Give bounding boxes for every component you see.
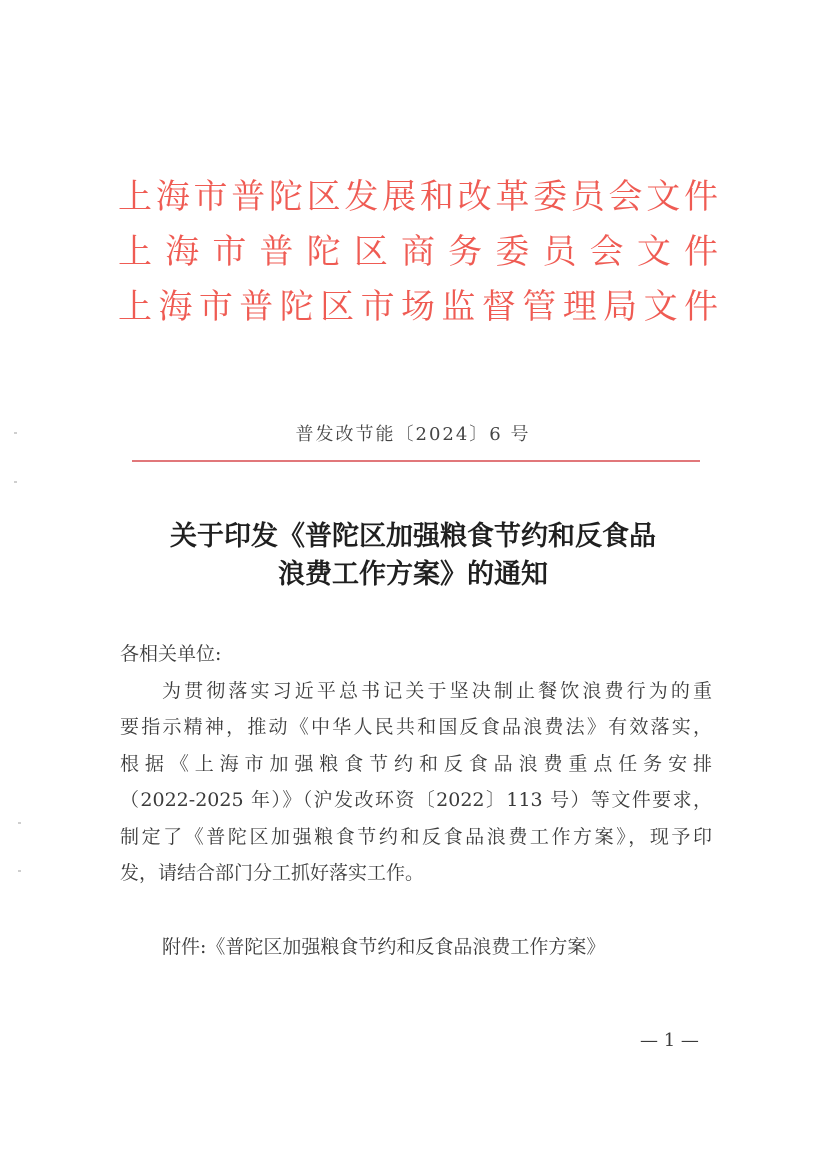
title-line-1: 关于印发《普陀区加强粮食节约和反食品	[0, 518, 826, 556]
page-number: — 1 —	[640, 1030, 699, 1051]
document-body: 各相关单位: 为贯彻落实习近平总书记关于坚决制止餐饮浪费行为的重 要指示精神，推…	[120, 636, 712, 892]
title-line-2: 浪费工作方案》的通知	[0, 556, 826, 594]
body-line: 要指示精神，推动《中华人民共和国反食品浪费法》有效落实，	[120, 709, 712, 746]
masthead-line-development-reform: 上海市普陀区发展和改革委员会文件	[118, 170, 718, 225]
masthead-line-market-supervision: 上海市普陀区市场监督管理局文件	[118, 280, 718, 335]
body-line: 制定了《普陀区加强粮食节约和反食品浪费工作方案》，现予印	[120, 819, 712, 856]
red-divider-line	[132, 460, 700, 462]
document-title: 关于印发《普陀区加强粮食节约和反食品 浪费工作方案》的通知	[0, 518, 826, 594]
document-page: 上海市普陀区发展和改革委员会文件 上海市普陀区商务委员会文件 上海市普陀区市场监…	[0, 0, 826, 1169]
attachment-reference: 附件:《普陀区加强粮食节约和反食品浪费工作方案》	[162, 932, 605, 959]
salutation: 各相关单位:	[120, 636, 712, 673]
body-line: 根据《上海市加强粮食节约和反食品浪费重点任务安排	[120, 746, 712, 783]
scan-artifact	[18, 822, 21, 824]
issuing-authorities-masthead: 上海市普陀区发展和改革委员会文件 上海市普陀区商务委员会文件 上海市普陀区市场监…	[118, 170, 718, 335]
body-line: 发，请结合部门分工抓好落实工作。	[120, 855, 712, 892]
scan-artifact	[18, 870, 21, 872]
body-line: 为贯彻落实习近平总书记关于坚决制止餐饮浪费行为的重	[120, 673, 712, 710]
scan-artifact	[14, 481, 17, 483]
body-line: （2022-2025 年）》（沪发改环资〔2022〕113 号）等文件要求，	[120, 782, 712, 819]
document-number: 普发改节能〔2024〕6 号	[0, 420, 826, 446]
masthead-line-commerce: 上海市普陀区商务委员会文件	[118, 225, 718, 280]
